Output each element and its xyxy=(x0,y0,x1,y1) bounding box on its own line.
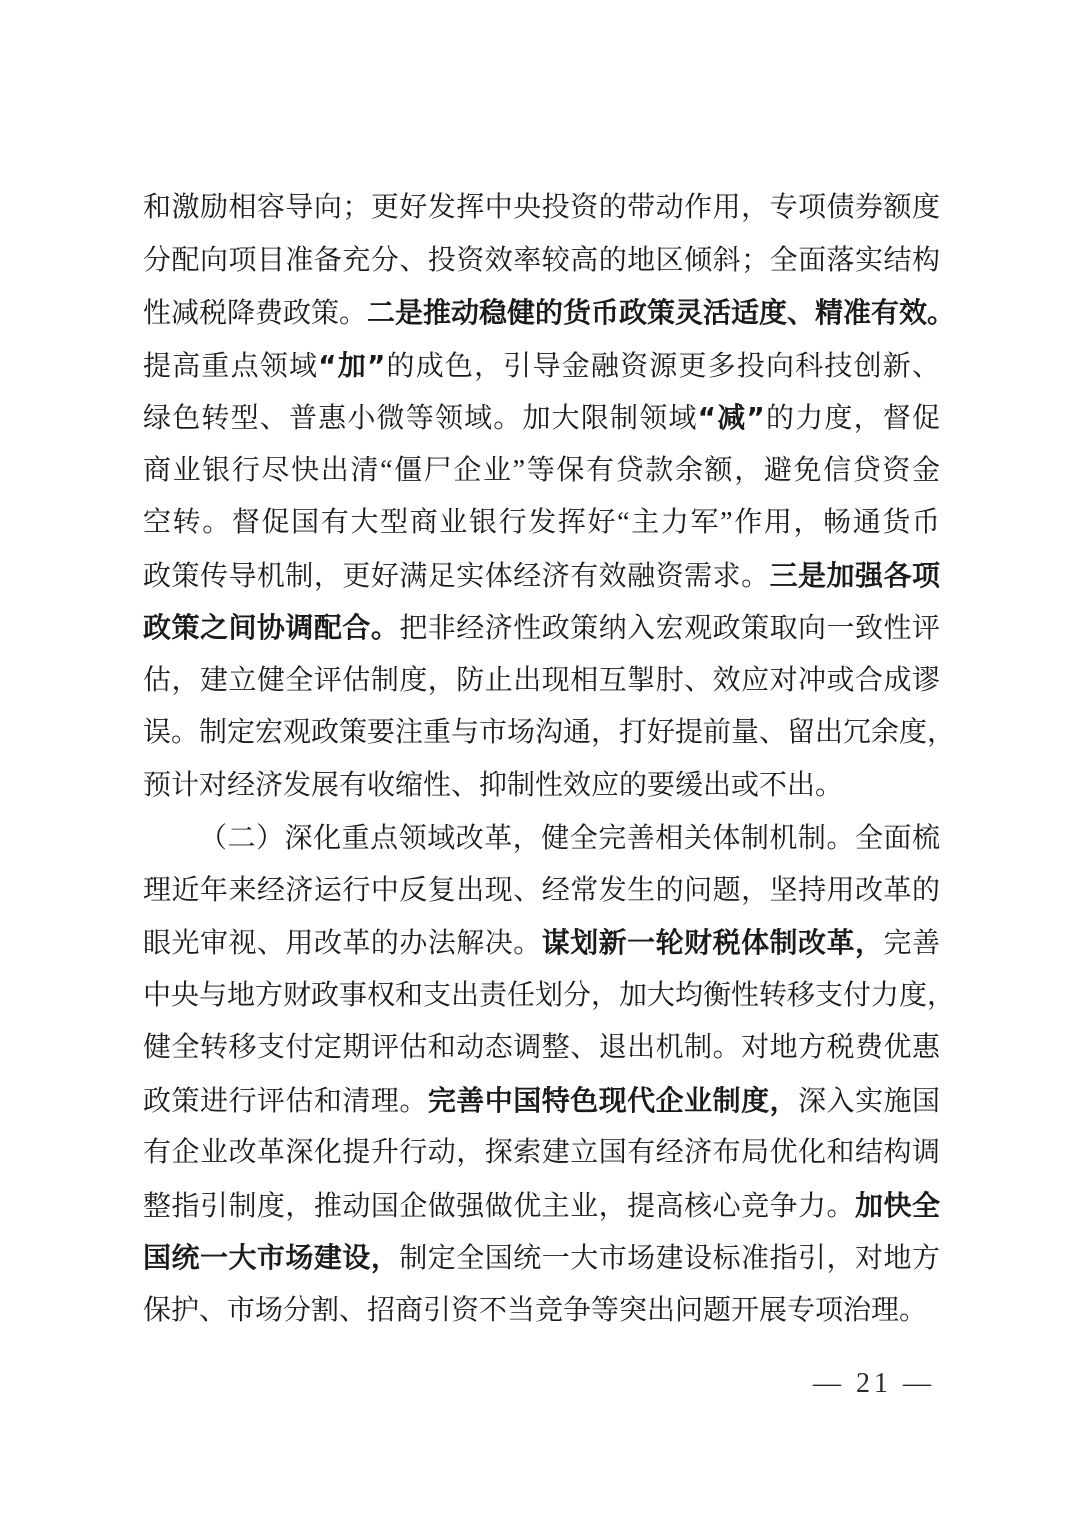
text-line: 中央与地方财政事权和支出责任划分，加大均衡性转移支付力度， xyxy=(143,970,940,1023)
body-text-run: 全面梳 xyxy=(855,823,940,854)
page-number: — 21 — xyxy=(813,1368,935,1400)
body-text-run: 完善 xyxy=(883,928,939,959)
body-text-run: 眼光审视、用改革的办法解决。 xyxy=(143,928,542,959)
emphasis-run: 国统一大市场建设， xyxy=(143,1241,399,1274)
emphasis-run: 三是加强各项 xyxy=(770,559,940,592)
text-line: 提高重点领域“加”的成色，引导金融资源更多投向科技创新、 xyxy=(143,340,940,393)
body-text-run: 理近年来经济运行中反复出现、经常发生的问题，坚持用改革的 xyxy=(143,875,940,906)
body-text-run: 中央与地方财政事权和支出责任划分，加大均衡性转移支付力度， xyxy=(143,980,955,1011)
text-line: 国统一大市场建设，制定全国统一大市场建设标准指引，对地方 xyxy=(143,1232,940,1285)
body-text-run: 分配向项目准备充分、投资效率较高的地区倾斜；全面落实结构 xyxy=(143,245,940,276)
body-text-run: 和激励相容导向；更好发挥中央投资的带动作用，专项债券额度 xyxy=(143,192,940,223)
document-body: 和激励相容导向；更好发挥中央投资的带动作用，专项债券额度分配向项目准备充分、投资… xyxy=(143,182,940,1337)
body-text-run: 有企业改革深化提升行动，探索建立国有经济布局优化和结构调 xyxy=(143,1137,940,1168)
text-line: 空转。督促国有大型商业银行发挥好“主力军”作用，畅通货币 xyxy=(143,497,940,550)
text-line: 政策之间协调配合。把非经济性政策纳入宏观政策取向一致性评 xyxy=(143,602,940,655)
body-text-run: 深入实施国 xyxy=(798,1086,940,1117)
body-text-run: 误。制定宏观政策要注重与市场沟通，打好提前量、留出冗余度， xyxy=(143,717,955,748)
text-line: 整指引制度，推动国企做强做优主业，提高核心竞争力。加快全 xyxy=(143,1180,940,1233)
body-text-run: 保护、市场分割、招商引资不当竞争等突出问题开展专项治理。 xyxy=(143,1295,927,1326)
text-line: （二）深化重点领域改革，健全完善相关体制机制。全面梳 xyxy=(143,812,940,865)
text-line: 估，建立健全评估制度，防止出现相互掣肘、效应对冲或合成谬 xyxy=(143,655,940,708)
text-line: 绿色转型、普惠小微等领域。加大限制领域“减”的力度，督促 xyxy=(143,392,940,445)
text-line: 眼光审视、用改革的办法解决。谋划新一轮财税体制改革，完善 xyxy=(143,917,940,970)
text-line: 预计对经济发展有收缩性、抑制性效应的要缓出或不出。 xyxy=(143,760,940,813)
document-page: 和激励相容导向；更好发挥中央投资的带动作用，专项债券额度分配向项目准备充分、投资… xyxy=(0,0,1080,1527)
emphasis-run: “加” xyxy=(318,349,385,382)
emphasis-run: 政策之间协调配合。 xyxy=(143,611,399,644)
text-line: 性减税降费政策。二是推动稳健的货币政策灵活适度、精准有效。 xyxy=(143,287,940,340)
body-text-run: 提高重点领域 xyxy=(143,351,318,382)
emphasis-run: “减” xyxy=(698,401,765,434)
subheading-run: （二）深化重点领域改革，健全完善相关体制机制。 xyxy=(199,821,855,854)
text-line: 健全转移支付定期评估和动态调整、退出机制。对地方税费优惠 xyxy=(143,1022,940,1075)
emphasis-run: 二是推动稳健的货币政策灵活适度、精准有效。 xyxy=(367,296,955,329)
emphasis-run: 加快全 xyxy=(855,1189,940,1222)
body-text-run: 预计对经济发展有收缩性、抑制性效应的要缓出或不出。 xyxy=(143,770,843,801)
text-line: 和激励相容导向；更好发挥中央投资的带动作用，专项债券额度 xyxy=(143,182,940,235)
text-line: 商业银行尽快出清“僵尸企业”等保有贷款余额，避免信贷资金 xyxy=(143,445,940,498)
body-text-run: 把非经济性政策纳入宏观政策取向一致性评 xyxy=(399,613,940,644)
body-text-run: 整指引制度，推动国企做强做优主业，提高核心竞争力。 xyxy=(143,1191,855,1222)
text-line: 有企业改革深化提升行动，探索建立国有经济布局优化和结构调 xyxy=(143,1127,940,1180)
body-text-run: 制定全国统一大市场建设标准指引，对地方 xyxy=(399,1243,940,1274)
body-text-run: 健全转移支付定期评估和动态调整、退出机制。对地方税费优惠 xyxy=(143,1032,940,1063)
emphasis-run: 完善中国特色现代企业制度， xyxy=(428,1084,798,1117)
body-text-run: 绿色转型、普惠小微等领域。加大限制领域 xyxy=(143,403,698,434)
text-line: 理近年来经济运行中反复出现、经常发生的问题，坚持用改革的 xyxy=(143,865,940,918)
text-line: 政策进行评估和清理。完善中国特色现代企业制度，深入实施国 xyxy=(143,1075,940,1128)
body-text-run: 空转。督促国有大型商业银行发挥好“主力军”作用，畅通货币 xyxy=(143,507,940,538)
body-text-run: 政策进行评估和清理。 xyxy=(143,1086,428,1117)
text-line: 政策传导机制，更好满足实体经济有效融资需求。三是加强各项 xyxy=(143,550,940,603)
body-text-run: 的成色，引导金融资源更多投向科技创新、 xyxy=(385,351,940,382)
text-line: 误。制定宏观政策要注重与市场沟通，打好提前量、留出冗余度， xyxy=(143,707,940,760)
text-line: 保护、市场分割、招商引资不当竞争等突出问题开展专项治理。 xyxy=(143,1285,940,1338)
body-text-run: 估，建立健全评估制度，防止出现相互掣肘、效应对冲或合成谬 xyxy=(143,665,940,696)
emphasis-run: 谋划新一轮财税体制改革， xyxy=(542,926,884,959)
body-text-run: 的力度，督促 xyxy=(765,403,940,434)
text-line: 分配向项目准备充分、投资效率较高的地区倾斜；全面落实结构 xyxy=(143,235,940,288)
body-text-run: 政策传导机制，更好满足实体经济有效融资需求。 xyxy=(143,561,770,592)
body-text-run: 商业银行尽快出清“僵尸企业”等保有贷款余额，避免信贷资金 xyxy=(143,455,940,486)
body-text-run: 性减税降费政策。 xyxy=(143,298,367,329)
